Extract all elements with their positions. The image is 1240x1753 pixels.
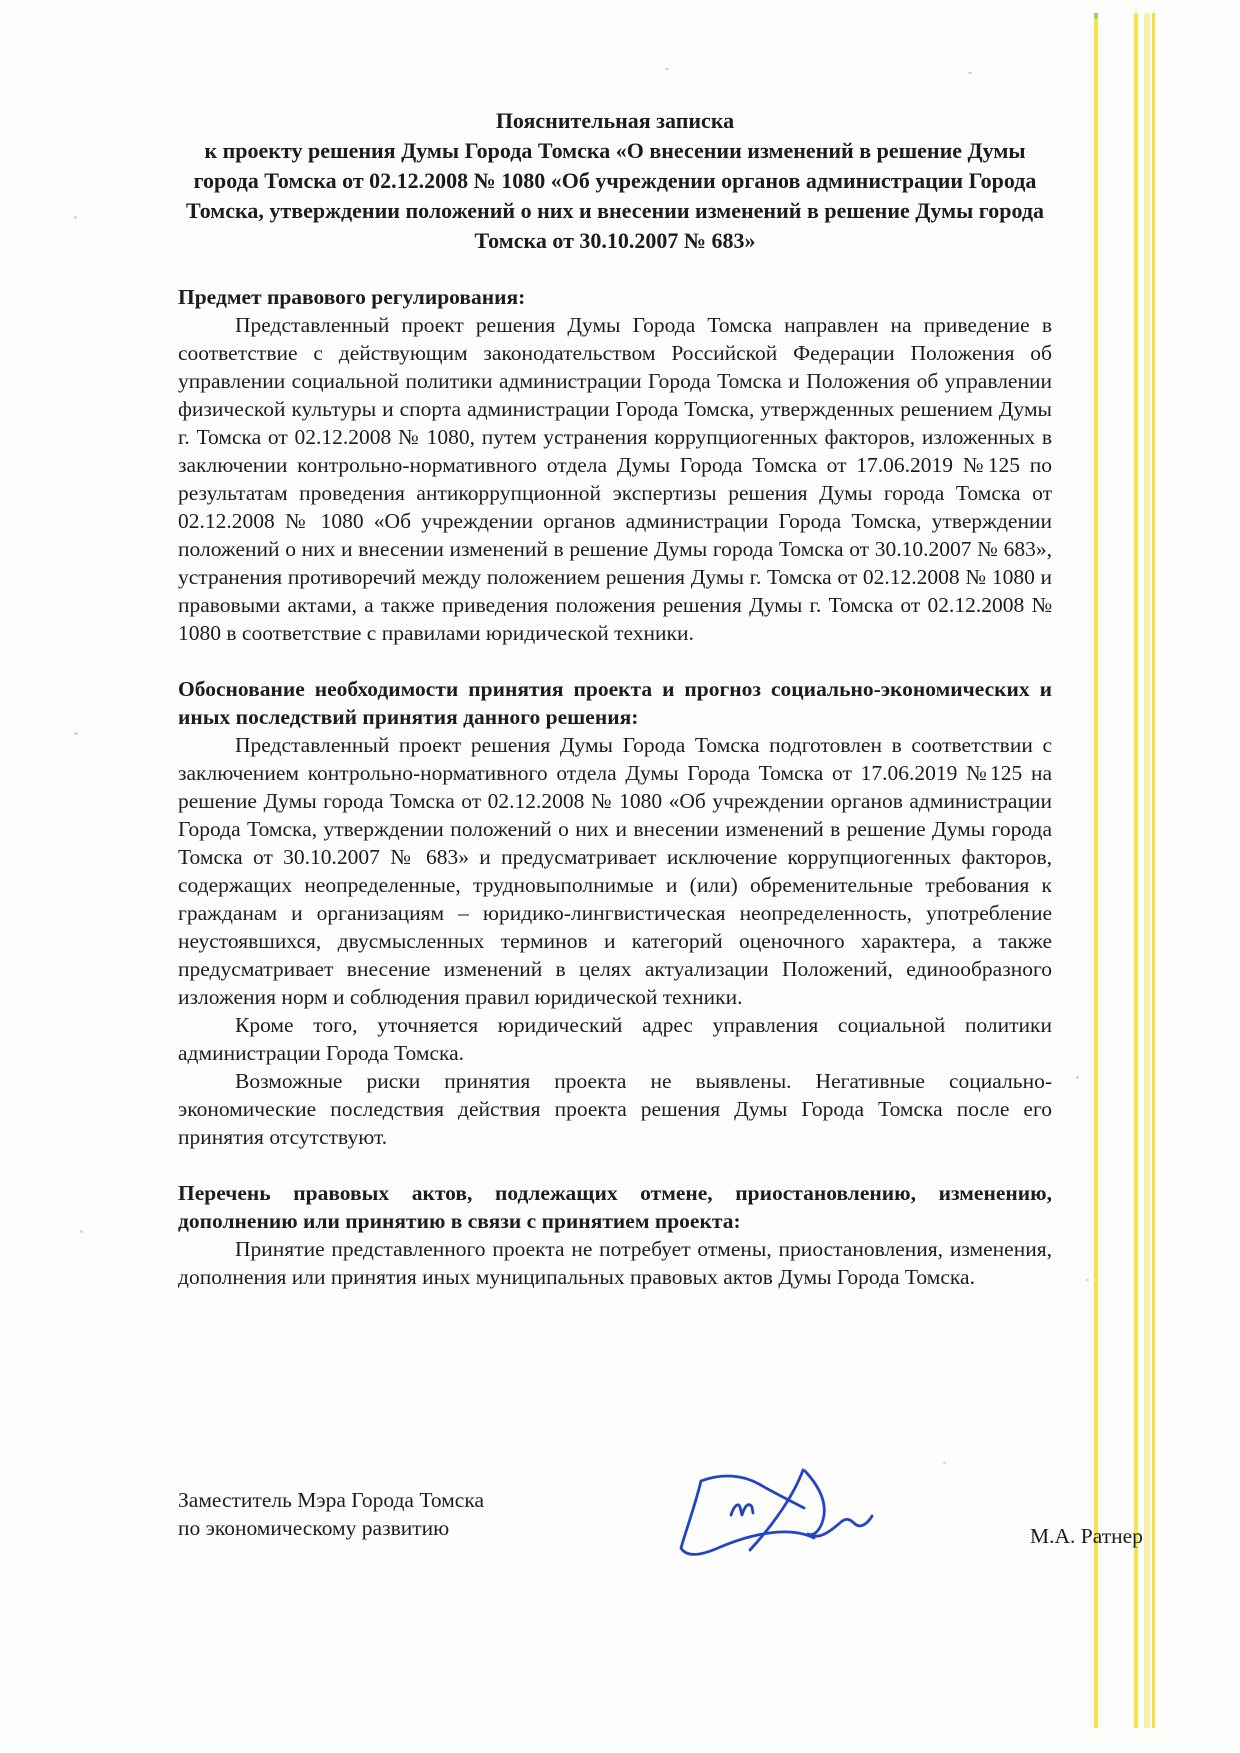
section-heading-acts: Перечень правовых актов, подлежащих отме… bbox=[178, 1179, 1052, 1235]
section-heading-subject: Предмет правового регулирования: bbox=[178, 283, 1052, 311]
highlighter-streak-2 bbox=[1134, 13, 1138, 1728]
scan-speck bbox=[80, 1230, 83, 1233]
paragraph-justification-2: Кроме того, уточняется юридический адрес… bbox=[178, 1011, 1052, 1067]
highlighter-streak-4 bbox=[1152, 13, 1155, 1728]
signatory-position-line1: Заместитель Мэра Города Томска bbox=[178, 1486, 484, 1514]
section-heading-justification: Обоснование необходимости принятия проек… bbox=[178, 675, 1052, 731]
scan-speck bbox=[74, 732, 78, 735]
handwritten-signature-ink bbox=[668, 1460, 883, 1568]
scan-speck bbox=[1076, 1076, 1079, 1079]
signatory-position: Заместитель Мэра Города Томска по эконом… bbox=[178, 1486, 484, 1542]
scan-speck bbox=[943, 1462, 946, 1464]
scan-speck bbox=[74, 216, 77, 219]
paragraph-subject: Представленный проект решения Думы Город… bbox=[178, 311, 1052, 647]
paragraph-justification-1: Представленный проект решения Думы Город… bbox=[178, 731, 1052, 1011]
document-body: Пояснительная записка к проекту решения … bbox=[178, 106, 1052, 1291]
scanned-document-page: Пояснительная записка к проекту решения … bbox=[0, 0, 1240, 1753]
streak-green-cap bbox=[1094, 13, 1098, 19]
scan-speck bbox=[1086, 1279, 1089, 1281]
signatory-name: М.А. Ратнер bbox=[1030, 1523, 1143, 1549]
paragraph-justification-3: Возможные риски принятия проекта не выяв… bbox=[178, 1067, 1052, 1151]
highlighter-streak-3 bbox=[1144, 13, 1150, 1728]
scan-speck bbox=[665, 68, 669, 70]
document-title: Пояснительная записка bbox=[178, 106, 1052, 136]
paragraph-acts: Принятие представленного проекта не потр… bbox=[178, 1235, 1052, 1291]
scan-speck bbox=[968, 72, 972, 74]
document-subtitle: к проекту решения Думы Города Томска «О … bbox=[178, 136, 1052, 256]
signatory-position-line2: по экономическому развитию bbox=[178, 1514, 484, 1542]
highlighter-streak-1 bbox=[1094, 13, 1098, 1728]
